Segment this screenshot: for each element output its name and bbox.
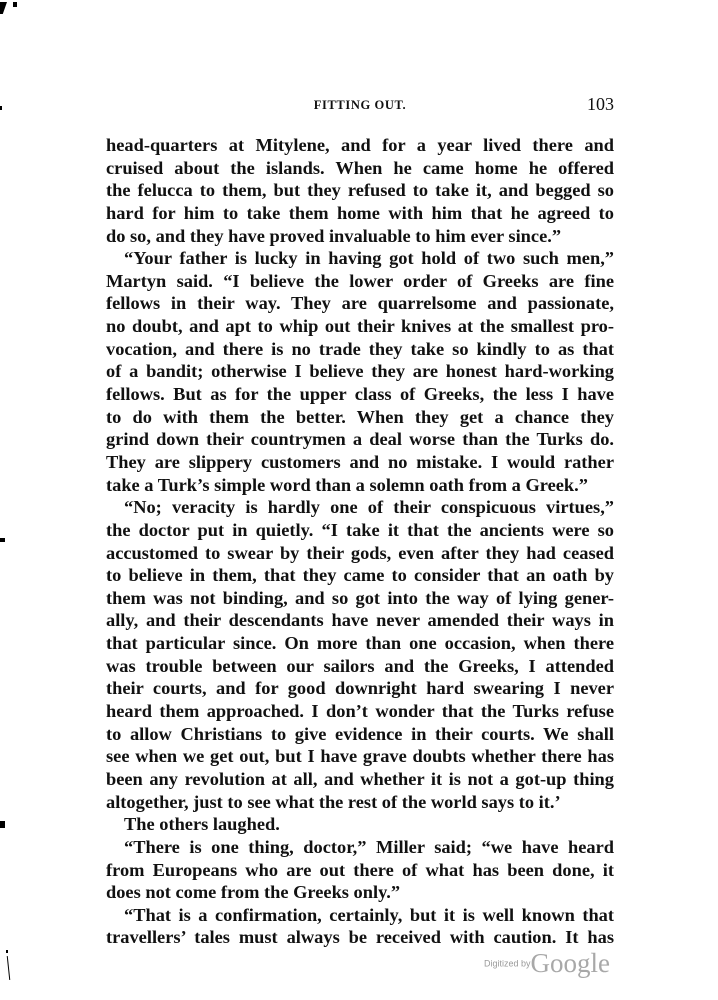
running-head: FITTING OUT. 103	[106, 96, 614, 116]
text-line: the doctor put in quietly. “I take it th…	[106, 519, 614, 542]
text-line: of a bandit; otherwise I believe they ar…	[106, 360, 614, 383]
text-line: “There is one thing, doctor,” Miller sai…	[106, 836, 614, 859]
text-line: was trouble between our sailors and the …	[106, 655, 614, 678]
text-line: They are slippery customers and no mista…	[106, 451, 614, 474]
running-title: FITTING OUT.	[106, 98, 614, 113]
text-line: fellows in their way. They are quarrelso…	[106, 292, 614, 315]
text-line: The others laughed.	[106, 813, 614, 836]
text-line: see when we get out, but I have grave do…	[106, 745, 614, 768]
body-text: head-quarters at Mitylene, and for a yea…	[106, 134, 614, 949]
text-line: the felucca to them, but they refused to…	[106, 179, 614, 202]
scan-artifact-mark-3	[0, 821, 5, 828]
text-line: their courts, and for good downright har…	[106, 677, 614, 700]
text-line: heard them approached. I don’t wonder th…	[106, 700, 614, 723]
text-line: “No; veracity is hardly one of their con…	[106, 496, 614, 519]
text-line: do so, and they have proved invaluable t…	[106, 225, 614, 248]
text-line: altogether, just to see what the rest of…	[106, 791, 614, 814]
scan-artifact-top-tick	[13, 2, 17, 7]
digitized-by-google-watermark: Digitized byGoogle	[484, 948, 610, 979]
text-line: Martyn said. “I believe the lower order …	[106, 270, 614, 293]
text-line: been any revolution at all, and whether …	[106, 768, 614, 791]
scan-artifact-mark-5	[7, 956, 11, 980]
text-line: hard for him to take them home with him …	[106, 202, 614, 225]
text-line: to do with them the better. When they ge…	[106, 406, 614, 429]
text-line: that particular since. On more than one …	[106, 632, 614, 655]
text-line: “That is a confirmation, certainly, but …	[106, 904, 614, 927]
watermark-prefix: Digitized by	[484, 959, 531, 969]
scan-artifact-mark-2	[0, 538, 5, 542]
text-line: them was not binding, and so got into th…	[106, 587, 614, 610]
text-line: ally, and their descendants have never a…	[106, 609, 614, 632]
text-line: vocation, and there is no trade they tak…	[106, 338, 614, 361]
text-line: head-quarters at Mitylene, and for a yea…	[106, 134, 614, 157]
text-line: to allow Christians to give evidence in …	[106, 723, 614, 746]
watermark-brand: Google	[531, 948, 610, 978]
book-page: FITTING OUT. 103 head-quarters at Mityle…	[0, 0, 718, 1000]
text-line: fellows. But as for the upper class of G…	[106, 383, 614, 406]
text-line: accustomed to swear by their gods, even …	[106, 542, 614, 565]
text-line: to believe in them, that they came to co…	[106, 564, 614, 587]
text-line: “Your father is lucky in having got hold…	[106, 247, 614, 270]
page-number: 103	[587, 94, 614, 115]
text-line: cruised about the islands. When he came …	[106, 157, 614, 180]
scan-artifact-mark-1	[0, 106, 2, 110]
text-line: from Europeans who are out there of what…	[106, 859, 614, 882]
scan-artifact-mark-4	[6, 950, 8, 953]
text-line: take a Turk’s simple word than a solemn …	[106, 474, 614, 497]
text-line: travellers’ tales must always be receive…	[106, 926, 614, 949]
scan-artifact-top	[0, 2, 7, 14]
text-line: does not come from the Greeks only.”	[106, 881, 614, 904]
text-line: grind down their countrymen a deal worse…	[106, 428, 614, 451]
text-line: no doubt, and apt to whip out their kniv…	[106, 315, 614, 338]
